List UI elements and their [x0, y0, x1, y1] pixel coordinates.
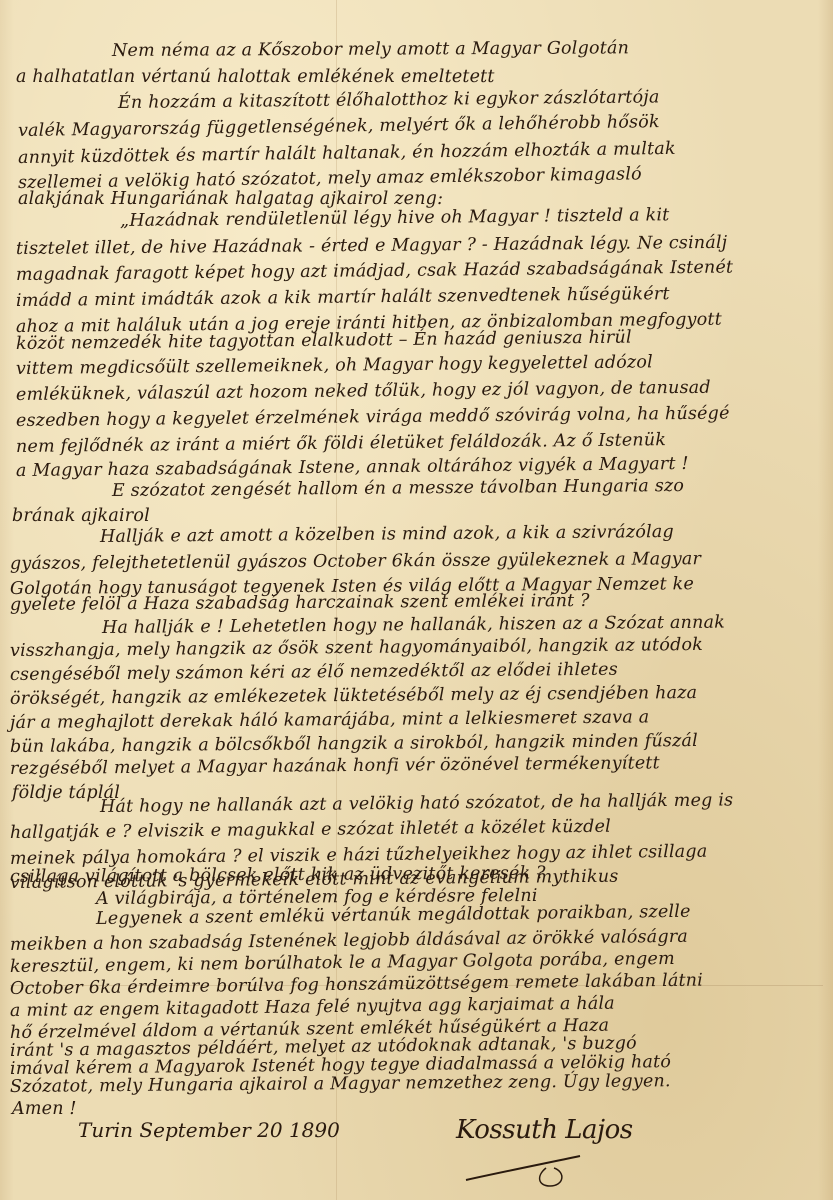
text-line: Nem néma az a Kőszobor mely amott a Magy…	[112, 37, 629, 62]
text-line: Hát hogy ne hallanák azt a velökig ható …	[100, 789, 733, 818]
text-line: valék Magyarország függetlenségének, mel…	[18, 111, 660, 142]
text-line: E szózatot zengését hallom én a messze t…	[112, 475, 684, 502]
text-line: „Hazádnak rendületlenül légy hive oh Mag…	[120, 204, 670, 232]
text-line: eszedben hogy a kegyelet érzelmének virá…	[16, 403, 730, 432]
text-line: Amen !	[12, 1098, 77, 1120]
text-line: imádd a mint imádták azok a kik martír h…	[16, 283, 670, 312]
text-line: tisztelet illet, de hive Hazádnak - érte…	[16, 232, 728, 260]
text-line: brának ajkairol	[12, 505, 150, 527]
text-line: vittem megdicsőült szellemeiknek, oh Mag…	[16, 351, 653, 380]
text-line: Hallják e azt amott a közelben is mind a…	[100, 521, 674, 548]
text-line: jár a meghajlott derekak háló kamarájába…	[10, 706, 650, 734]
text-line: hallgatják e ? elviszik e magukkal e szó…	[10, 816, 611, 844]
text-line: gyelete felöl a Haza szabadság harczaina…	[10, 590, 590, 616]
signature: Kossuth Lajos	[456, 1115, 633, 1145]
text-line: visszhangja, mely hangzik az ősök szent …	[10, 634, 703, 662]
text-line: emléküknek, válaszúl azt hozom neked től…	[16, 377, 711, 406]
text-line: Én hozzám a kitaszított élőhalotthoz ki …	[118, 86, 660, 114]
text-line: rezgéséből melyet a Magyar hazának honfi…	[10, 752, 660, 780]
text-line: csengéséből mely számon kéri az élő nemz…	[10, 659, 618, 686]
text-line: magadnak faragott képet hogy azt imádjad…	[16, 256, 733, 286]
text-line: gyászos, felejthetetlenül gyászos Octobe…	[10, 548, 701, 575]
letter-date: Turin September 20 1890	[78, 1118, 340, 1142]
letter-page: Nem néma az a Kőszobor mely amott a Magy…	[0, 0, 833, 1200]
text-line: csillaga világított a bölcsek előtt kik …	[10, 862, 546, 888]
signature-flourish-icon	[462, 1150, 592, 1190]
text-line: a halhatatlan vértanú halottak emlékének…	[16, 66, 495, 88]
text-line: Szózatot, mely Hungaria ajkairol a Magya…	[10, 1070, 671, 1098]
text-line: örökségét, hangzik az emlékezetek lüktet…	[10, 682, 697, 710]
